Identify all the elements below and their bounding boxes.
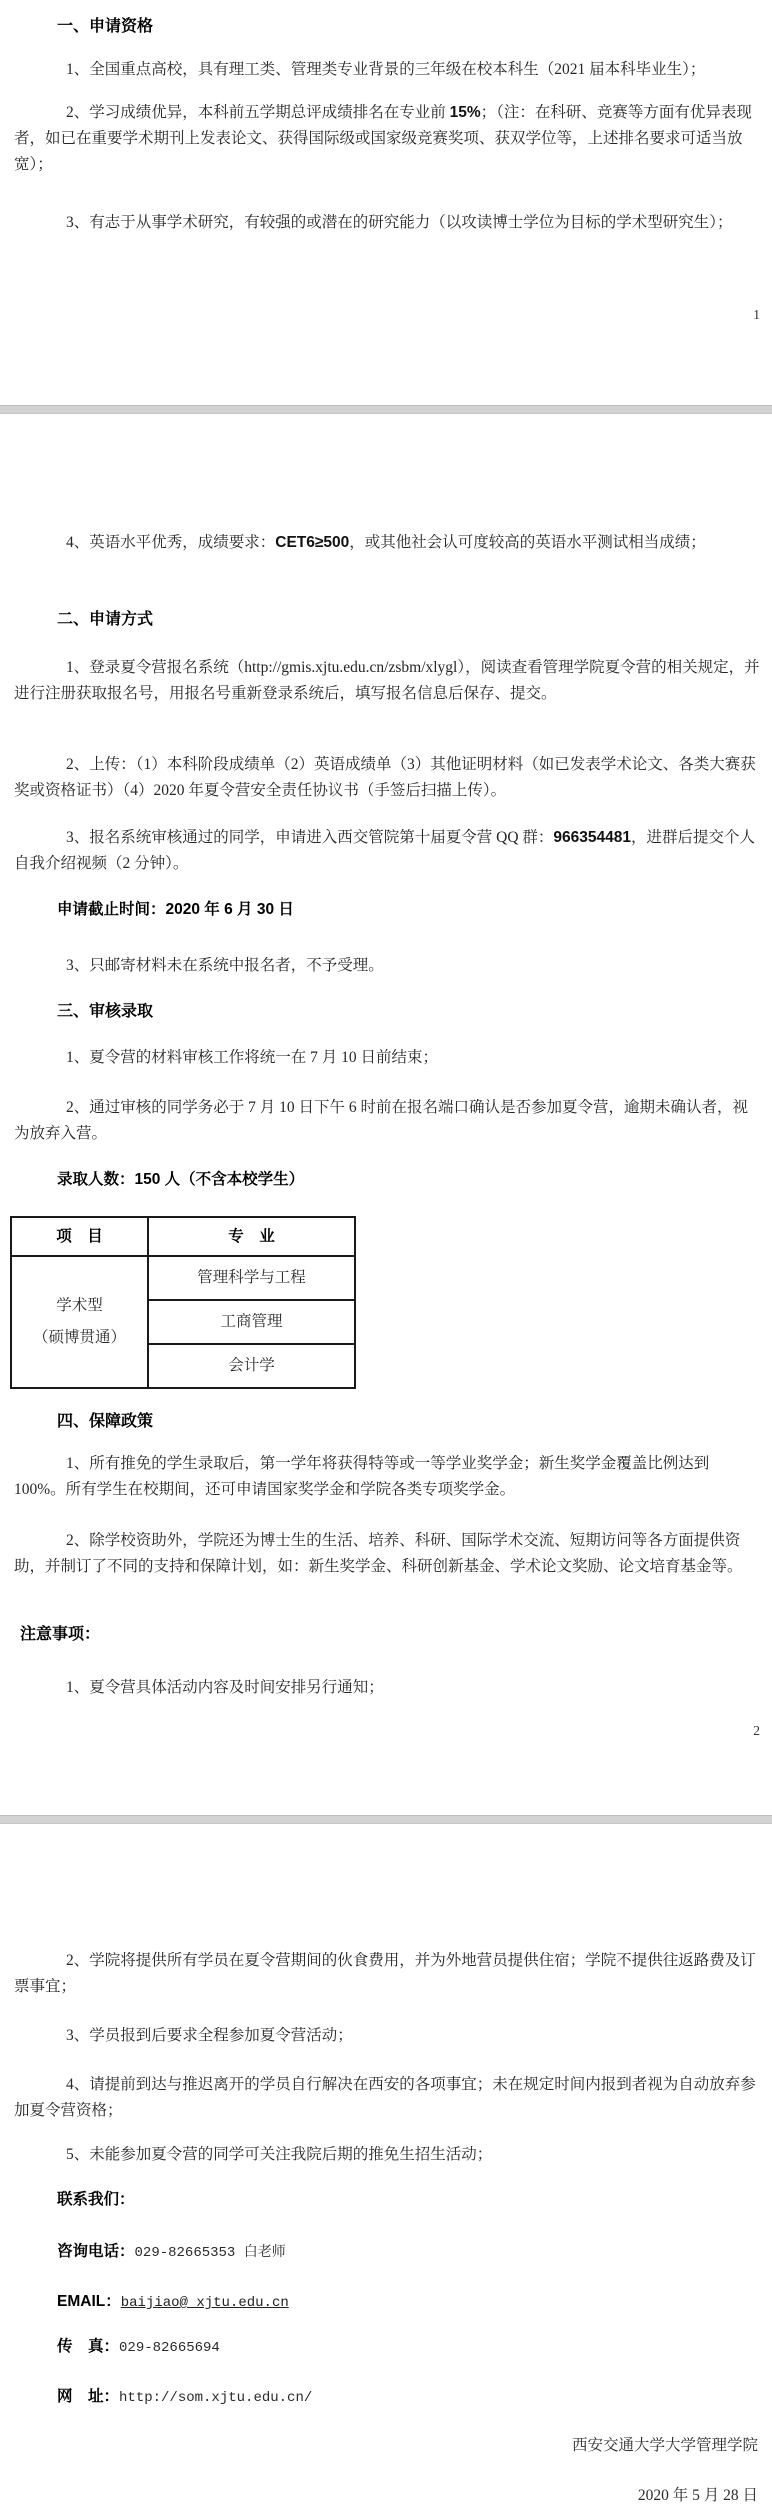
section-heading-review: 三、审核录取 <box>57 1000 760 1024</box>
paragraph-qq-group: 3、报名系统审核通过的同学，申请进入西交管院第十届夏令营 QQ 群：966354… <box>14 825 760 877</box>
contact-fax-line: 传 真：029-82665694 <box>57 2335 760 2360</box>
contact-web-line: 网 址：http://som.xjtu.edu.cn/ <box>57 2385 760 2410</box>
admission-quota: 录取人数：150 人（不含本校学生） <box>57 1168 760 1192</box>
contact-heading: 联系我们： <box>57 2188 760 2212</box>
paragraph-upload-materials: 2、上传：（1）本科阶段成绩单（2）英语成绩单（3）其他证明材料（如已发表学术论… <box>14 752 760 804</box>
document-page-1: 一、申请资格 1、全国重点高校，具有理工类、管理类专业背景的三年级在校本科生（2… <box>0 0 772 405</box>
phone-label: 咨询电话： <box>57 2243 135 2260</box>
paragraph-funding-support: 2、除学校资助外，学院还为博士生的生活、培养、科研、国际学术交流、短期访问等各方… <box>14 1528 760 1580</box>
email-label: EMAIL： <box>57 2293 121 2310</box>
contact-email-line: EMAIL：baijiao@ xjtu.edu.cn <box>57 2290 760 2315</box>
qq-group-number: 966354481 <box>553 829 631 846</box>
paragraph-qualification-2: 2、学习成绩优异，本科前五学期总评成绩排名在专业前 15%；（注：在科研、竞赛等… <box>14 100 760 178</box>
paragraph-review-schedule: 1、夏令营的材料审核工作将统一在 7 月 10 日前结束； <box>14 1045 760 1071</box>
document-viewer: 一、申请资格 1、全国重点高校，具有理工类、管理类专业背景的三年级在校本科生（2… <box>0 0 772 2512</box>
section-heading-qualifications: 一、申请资格 <box>57 15 760 39</box>
page-number-1: 1 <box>753 302 760 328</box>
table-header-major: 专 业 <box>148 1217 355 1256</box>
web-label: 网 址： <box>57 2388 119 2405</box>
paragraph-text: ，或其他社会认可度较高的英语水平测试相当成绩； <box>349 534 706 551</box>
program-type-line2: （硕博贯通） <box>12 1327 147 1349</box>
program-type-cell: 学术型 （硕博贯通） <box>11 1256 148 1388</box>
paragraph-future-recruitment: 5、未能参加夏令营的同学可关注我院后期的推免生招生活动； <box>14 2142 760 2168</box>
signature-date: 2020 年 5 月 28 日 <box>638 2483 758 2509</box>
paragraph-english-requirement: 4、英语水平优秀，成绩要求：CET6≥500，或其他社会认可度较高的英语水平测试… <box>14 530 760 556</box>
paragraph-qualification-1: 1、全国重点高校，具有理工类、管理类专业背景的三年级在校本科生（2021 届本科… <box>14 57 760 83</box>
signature-school-name: 西安交通大学大学管理学院 <box>572 2433 758 2459</box>
contact-phone-line: 咨询电话：029-82665353 白老师 <box>57 2240 760 2265</box>
contact-heading-label: 联系我们： <box>57 2191 135 2208</box>
fax-label: 传 真： <box>57 2338 119 2355</box>
major-cell: 管理科学与工程 <box>148 1256 355 1300</box>
section-heading-application: 二、申请方式 <box>57 608 760 632</box>
paragraph-text: 3、报名系统审核通过的同学，申请进入西交管院第十届夏令营 QQ 群： <box>66 829 553 846</box>
fax-value: 029-82665694 <box>119 2340 220 2356</box>
paragraph-confirmation-deadline: 2、通过审核的同学务必于 7 月 10 日下午 6 时前在报名端口确认是否参加夏… <box>14 1095 760 1147</box>
application-deadline: 申请截止时间：2020 年 6 月 30 日 <box>57 898 760 922</box>
paragraph-arrival-rules: 4、请提前到达与推迟离开的学员自行解决在西安的各项事宜；未在规定时间内报到者视为… <box>14 2072 760 2124</box>
page-separator-2 <box>0 1815 772 1824</box>
document-page-2: 4、英语水平优秀，成绩要求：CET6≥500，或其他社会认可度较高的英语水平测试… <box>0 414 772 1815</box>
cet6-score: CET6≥500 <box>275 534 349 551</box>
table-header-program: 项 目 <box>11 1217 148 1256</box>
notes-heading: 注意事项： <box>20 1623 760 1647</box>
table-row: 学术型 （硕博贯通） 管理科学与工程 <box>11 1256 355 1300</box>
paragraph-scholarship: 1、所有推免的学生录取后，第一学年将获得特等或一等学业奖学金；新生奖学金覆盖比例… <box>14 1451 760 1503</box>
paragraph-schedule-notice: 1、夏令营具体活动内容及时间安排另行通知； <box>14 1675 760 1701</box>
paragraph-mail-only-note: 3、只邮寄材料未在系统中报名者，不予受理。 <box>14 953 760 979</box>
web-value: http://som.xjtu.edu.cn/ <box>119 2390 312 2406</box>
email-link[interactable]: baijiao@ xjtu.edu.cn <box>121 2295 289 2311</box>
page-number-2: 2 <box>753 1718 760 1744</box>
paragraph-text: 4、英语水平优秀，成绩要求： <box>66 534 275 551</box>
programs-table: 项 目 专 业 学术型 （硕博贯通） 管理科学与工程 工商管理 会计学 <box>10 1216 356 1389</box>
paragraph-meals-lodging: 2、学院将提供所有学员在夏令营期间的伙食费用，并为外地营员提供住宿；学院不提供往… <box>14 1948 760 2000</box>
document-page-3: 2、学院将提供所有学员在夏令营期间的伙食费用，并为外地营员提供住宿；学院不提供往… <box>0 1824 772 2512</box>
page-separator-1 <box>0 405 772 414</box>
program-type-line1: 学术型 <box>12 1295 147 1317</box>
paragraph-registration-system: 1、登录夏令营报名系统（http://gmis.xjtu.edu.cn/zsbm… <box>14 655 760 707</box>
paragraph-full-attendance: 3、学员报到后要求全程参加夏令营活动； <box>14 2023 760 2049</box>
paragraph-text: 2、学习成绩优异，本科前五学期总评成绩排名在专业前 <box>66 104 450 121</box>
section-heading-policy: 四、保障政策 <box>57 1410 760 1434</box>
major-cell: 工商管理 <box>148 1300 355 1344</box>
major-cell: 会计学 <box>148 1344 355 1388</box>
table-header-row: 项 目 专 业 <box>11 1217 355 1256</box>
phone-value: 029-82665353 白老师 <box>135 2245 286 2261</box>
rank-percentage: 15% <box>450 104 481 121</box>
paragraph-qualification-3: 3、有志于从事学术研究，有较强的或潜在的研究能力（以攻读博士学位为目标的学术型研… <box>14 210 760 236</box>
